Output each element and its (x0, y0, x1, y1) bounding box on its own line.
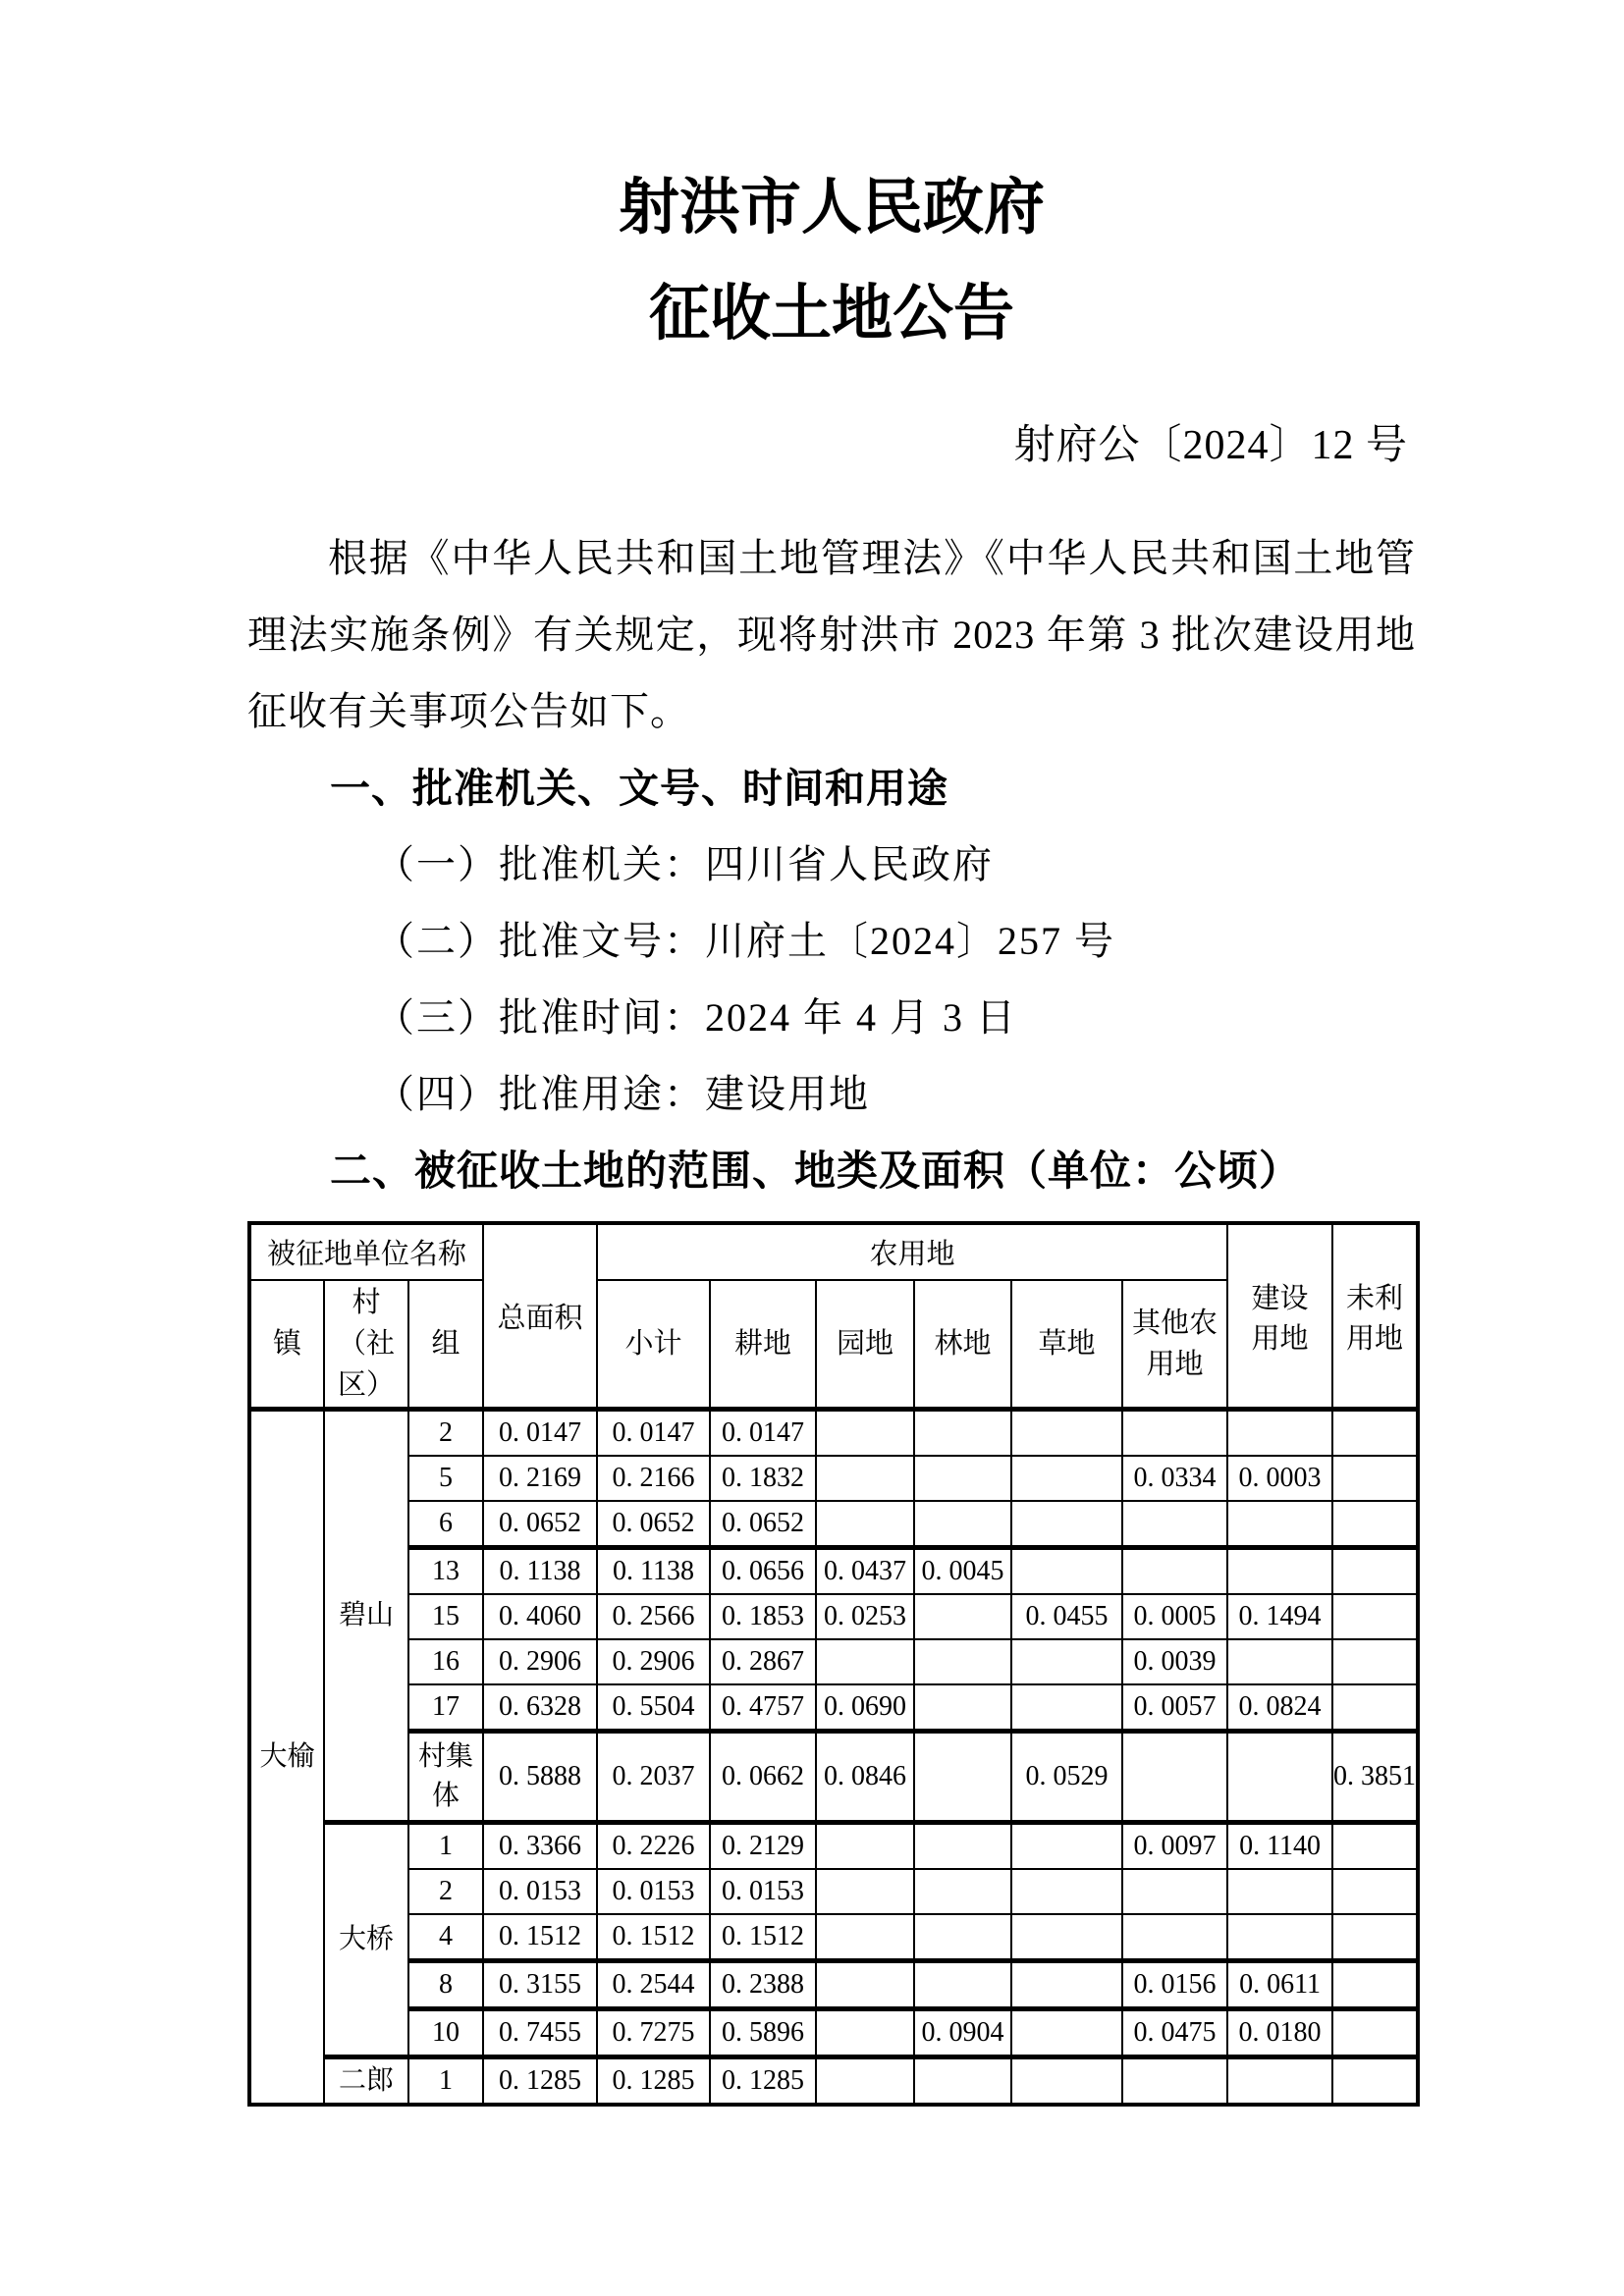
table-row: 150. 40600. 25660. 18530. 02530. 04550. … (249, 1594, 1418, 1639)
cell-subtotal: 0. 2544 (597, 1961, 710, 2009)
cell-other-farmland: 0. 0156 (1122, 1961, 1227, 2009)
cell-other-farmland (1122, 2057, 1227, 2106)
table-row: 50. 21690. 21660. 18320. 03340. 0003 (249, 1456, 1418, 1501)
cell-forest-land (914, 1961, 1011, 2009)
cell-total-area: 0. 0147 (483, 1410, 597, 1457)
cell-subtotal: 0. 2906 (597, 1639, 710, 1684)
cell-other-farmland (1122, 1869, 1227, 1914)
cell-garden-land (816, 1639, 914, 1684)
cell-forest-land (914, 2057, 1011, 2106)
cell-grass-land (1011, 1639, 1122, 1684)
cell-cultivated-land: 0. 1512 (710, 1914, 816, 1961)
cell-grass-land (1011, 1684, 1122, 1732)
land-area-table: 被征地单位名称 总面积 农用地 建设 用地 未利 用地 镇 村 （社 区） 组 … (247, 1221, 1420, 2107)
cell-forest-land (914, 1410, 1011, 1457)
cell-cultivated-land: 0. 0147 (710, 1410, 816, 1457)
cell-village: 二郎 (324, 2057, 408, 2106)
cell-cultivated-land: 0. 0652 (710, 1501, 816, 1548)
cell-grass-land (1011, 1823, 1122, 1870)
col-header-unit-name: 被征地单位名称 (249, 1223, 483, 1280)
cell-total-area: 0. 3155 (483, 1961, 597, 2009)
cell-grass-land (1011, 2057, 1122, 2106)
cell-total-area: 0. 0153 (483, 1869, 597, 1914)
cell-construction-land (1227, 1639, 1332, 1684)
cell-subtotal: 0. 0153 (597, 1869, 710, 1914)
cell-total-area: 0. 3366 (483, 1823, 597, 1870)
cell-construction-land (1227, 1732, 1332, 1823)
cell-subtotal: 0. 1285 (597, 2057, 710, 2106)
cell-cultivated-land: 0. 1285 (710, 2057, 816, 2106)
section1-item-approved-use: （四）批准用途：建设用地 (375, 1056, 1416, 1133)
cell-cultivated-land: 0. 0153 (710, 1869, 816, 1914)
table-row: 160. 29060. 29060. 28670. 0039 (249, 1639, 1418, 1684)
cell-subtotal: 0. 1138 (597, 1548, 710, 1595)
cell-unused-land (1332, 1823, 1418, 1870)
cell-unused-land (1332, 1639, 1418, 1684)
cell-cultivated-land: 0. 2867 (710, 1639, 816, 1684)
cell-group: 2 (408, 1410, 483, 1457)
cell-garden-land (816, 1410, 914, 1457)
table-row: 大榆碧山20. 01470. 01470. 0147 (249, 1410, 1418, 1457)
cell-garden-land: 0. 0846 (816, 1732, 914, 1823)
cell-total-area: 0. 2906 (483, 1639, 597, 1684)
col-header-village: 村 （社 区） (324, 1280, 408, 1410)
col-header-unused-land: 未利 用地 (1332, 1223, 1418, 1410)
cell-other-farmland: 0. 0057 (1122, 1684, 1227, 1732)
intro-paragraph: 根据《中华人民共和国土地管理法》《中华人民共和国土地管理法实施条例》有关规定，现… (247, 520, 1416, 750)
document-title-line2: 征收土地公告 (247, 279, 1416, 349)
cell-cultivated-land: 0. 2129 (710, 1823, 816, 1870)
cell-forest-land (914, 1456, 1011, 1501)
table-row: 20. 01530. 01530. 0153 (249, 1869, 1418, 1914)
col-header-town: 镇 (249, 1280, 324, 1410)
cell-group: 2 (408, 1869, 483, 1914)
cell-group: 4 (408, 1914, 483, 1961)
cell-unused-land (1332, 2057, 1418, 2106)
document-title-line1: 射洪市人民政府 (247, 0, 1416, 243)
table-row: 村集 体0. 58880. 20370. 06620. 08460. 05290… (249, 1732, 1418, 1823)
cell-garden-land (816, 1914, 914, 1961)
cell-subtotal: 0. 2166 (597, 1456, 710, 1501)
col-header-farmland: 农用地 (597, 1223, 1227, 1280)
cell-forest-land (914, 1684, 1011, 1732)
section1-heading: 一、批准机关、文号、时间和用途 (330, 750, 1416, 827)
cell-total-area: 0. 6328 (483, 1684, 597, 1732)
cell-total-area: 0. 4060 (483, 1594, 597, 1639)
cell-group: 13 (408, 1548, 483, 1595)
cell-forest-land (914, 1914, 1011, 1961)
cell-construction-land (1227, 2057, 1332, 2106)
cell-cultivated-land: 0. 5896 (710, 2009, 816, 2057)
cell-grass-land (1011, 1410, 1122, 1457)
cell-construction-land: 0. 0180 (1227, 2009, 1332, 2057)
cell-grass-land (1011, 1869, 1122, 1914)
cell-cultivated-land: 0. 2388 (710, 1961, 816, 2009)
table-row: 170. 63280. 55040. 47570. 06900. 00570. … (249, 1684, 1418, 1732)
cell-garden-land (816, 1456, 914, 1501)
cell-total-area: 0. 1138 (483, 1548, 597, 1595)
col-header-grass-land: 草地 (1011, 1280, 1122, 1410)
cell-other-farmland: 0. 0334 (1122, 1456, 1227, 1501)
cell-forest-land (914, 1732, 1011, 1823)
cell-garden-land (816, 1961, 914, 2009)
cell-forest-land (914, 1869, 1011, 1914)
cell-other-farmland: 0. 0475 (1122, 2009, 1227, 2057)
cell-garden-land: 0. 0690 (816, 1684, 914, 1732)
cell-cultivated-land: 0. 1832 (710, 1456, 816, 1501)
cell-forest-land: 0. 0904 (914, 2009, 1011, 2057)
table-row: 大桥10. 33660. 22260. 21290. 00970. 1140 (249, 1823, 1418, 1870)
cell-other-farmland: 0. 0039 (1122, 1639, 1227, 1684)
cell-cultivated-land: 0. 0662 (710, 1732, 816, 1823)
cell-village: 大桥 (324, 1823, 408, 2057)
cell-total-area: 0. 5888 (483, 1732, 597, 1823)
cell-other-farmland (1122, 1501, 1227, 1548)
cell-unused-land (1332, 1684, 1418, 1732)
table-row: 40. 15120. 15120. 1512 (249, 1914, 1418, 1961)
cell-unused-land (1332, 1914, 1418, 1961)
cell-group: 6 (408, 1501, 483, 1548)
cell-garden-land (816, 1823, 914, 1870)
cell-construction-land (1227, 1914, 1332, 1961)
cell-garden-land: 0. 0253 (816, 1594, 914, 1639)
cell-forest-land (914, 1501, 1011, 1548)
section1-item-approval-date: （三）批准时间：2024 年 4 月 3 日 (375, 980, 1416, 1056)
col-header-forest-land: 林地 (914, 1280, 1011, 1410)
table-row: 80. 31550. 25440. 23880. 01560. 0611 (249, 1961, 1418, 2009)
cell-village: 碧山 (324, 1410, 408, 1823)
cell-grass-land: 0. 0455 (1011, 1594, 1122, 1639)
cell-construction-land: 0. 1140 (1227, 1823, 1332, 1870)
document-page: 射洪市人民政府 征收土地公告 射府公〔2024〕12 号 根据《中华人民共和国土… (0, 0, 1624, 2296)
cell-group: 8 (408, 1961, 483, 2009)
cell-subtotal: 0. 2037 (597, 1732, 710, 1823)
col-header-other-farmland: 其他农 用地 (1122, 1280, 1227, 1410)
cell-group: 5 (408, 1456, 483, 1501)
cell-other-farmland: 0. 0097 (1122, 1823, 1227, 1870)
cell-construction-land: 0. 0824 (1227, 1684, 1332, 1732)
cell-forest-land (914, 1594, 1011, 1639)
cell-subtotal: 0. 0652 (597, 1501, 710, 1548)
cell-other-farmland (1122, 1914, 1227, 1961)
cell-unused-land (1332, 1456, 1418, 1501)
cell-grass-land (1011, 1501, 1122, 1548)
cell-grass-land (1011, 2009, 1122, 2057)
cell-construction-land (1227, 1410, 1332, 1457)
cell-grass-land (1011, 1914, 1122, 1961)
cell-forest-land (914, 1639, 1011, 1684)
document-number: 射府公〔2024〕12 号 (247, 412, 1416, 471)
cell-grass-land: 0. 0529 (1011, 1732, 1122, 1823)
section1-item-approval-number: （二）批准文号：川府土〔2024〕257 号 (375, 903, 1416, 980)
cell-cultivated-land: 0. 0656 (710, 1548, 816, 1595)
cell-unused-land (1332, 1548, 1418, 1595)
cell-group: 10 (408, 2009, 483, 2057)
cell-garden-land (816, 1869, 914, 1914)
cell-town: 大榆 (249, 1410, 324, 2106)
cell-unused-land (1332, 1961, 1418, 2009)
section1-item-approving-authority: （一）批准机关：四川省人民政府 (375, 827, 1416, 903)
col-header-garden-land: 园地 (816, 1280, 914, 1410)
cell-total-area: 0. 1285 (483, 2057, 597, 2106)
table-body: 大榆碧山20. 01470. 01470. 014750. 21690. 216… (249, 1410, 1418, 2106)
section2-heading: 二、被征收土地的范围、地类及面积（单位：公顷） (330, 1133, 1416, 1209)
cell-grass-land (1011, 1548, 1122, 1595)
table-row: 130. 11380. 11380. 06560. 04370. 0045 (249, 1548, 1418, 1595)
cell-total-area: 0. 7455 (483, 2009, 597, 2057)
cell-unused-land (1332, 2009, 1418, 2057)
cell-group: 1 (408, 1823, 483, 1870)
cell-construction-land (1227, 1548, 1332, 1595)
cell-unused-land (1332, 1594, 1418, 1639)
cell-group: 1 (408, 2057, 483, 2106)
cell-group: 15 (408, 1594, 483, 1639)
cell-group: 17 (408, 1684, 483, 1732)
cell-other-farmland (1122, 1548, 1227, 1595)
cell-construction-land (1227, 1501, 1332, 1548)
col-header-subtotal: 小计 (597, 1280, 710, 1410)
cell-forest-land (914, 1823, 1011, 1870)
cell-cultivated-land: 0. 4757 (710, 1684, 816, 1732)
col-header-construction-land: 建设 用地 (1227, 1223, 1332, 1410)
cell-total-area: 0. 1512 (483, 1914, 597, 1961)
cell-subtotal: 0. 5504 (597, 1684, 710, 1732)
cell-garden-land (816, 1501, 914, 1548)
cell-unused-land (1332, 1410, 1418, 1457)
cell-group: 村集 体 (408, 1732, 483, 1823)
table-row: 二郎10. 12850. 12850. 1285 (249, 2057, 1418, 2106)
cell-subtotal: 0. 2566 (597, 1594, 710, 1639)
cell-total-area: 0. 2169 (483, 1456, 597, 1501)
col-header-total-area: 总面积 (483, 1223, 597, 1410)
cell-subtotal: 0. 0147 (597, 1410, 710, 1457)
table-row: 60. 06520. 06520. 0652 (249, 1501, 1418, 1548)
cell-grass-land (1011, 1456, 1122, 1501)
cell-other-farmland (1122, 1732, 1227, 1823)
col-header-cultivated-land: 耕地 (710, 1280, 816, 1410)
table-header: 被征地单位名称 总面积 农用地 建设 用地 未利 用地 镇 村 （社 区） 组 … (249, 1223, 1418, 1410)
cell-grass-land (1011, 1961, 1122, 2009)
cell-other-farmland (1122, 1410, 1227, 1457)
cell-total-area: 0. 0652 (483, 1501, 597, 1548)
cell-forest-land: 0. 0045 (914, 1548, 1011, 1595)
cell-garden-land (816, 2057, 914, 2106)
cell-other-farmland: 0. 0005 (1122, 1594, 1227, 1639)
cell-subtotal: 0. 7275 (597, 2009, 710, 2057)
cell-unused-land (1332, 1501, 1418, 1548)
col-header-group: 组 (408, 1280, 483, 1410)
cell-group: 16 (408, 1639, 483, 1684)
cell-construction-land (1227, 1869, 1332, 1914)
cell-subtotal: 0. 1512 (597, 1914, 710, 1961)
cell-subtotal: 0. 2226 (597, 1823, 710, 1870)
cell-garden-land (816, 2009, 914, 2057)
cell-unused-land: 0. 3851 (1332, 1732, 1418, 1823)
cell-garden-land: 0. 0437 (816, 1548, 914, 1595)
cell-construction-land: 0. 0003 (1227, 1456, 1332, 1501)
table-header-row-1: 被征地单位名称 总面积 农用地 建设 用地 未利 用地 (249, 1223, 1418, 1280)
cell-unused-land (1332, 1869, 1418, 1914)
cell-cultivated-land: 0. 1853 (710, 1594, 816, 1639)
table-row: 100. 74550. 72750. 58960. 09040. 04750. … (249, 2009, 1418, 2057)
cell-construction-land: 0. 1494 (1227, 1594, 1332, 1639)
cell-construction-land: 0. 0611 (1227, 1961, 1332, 2009)
